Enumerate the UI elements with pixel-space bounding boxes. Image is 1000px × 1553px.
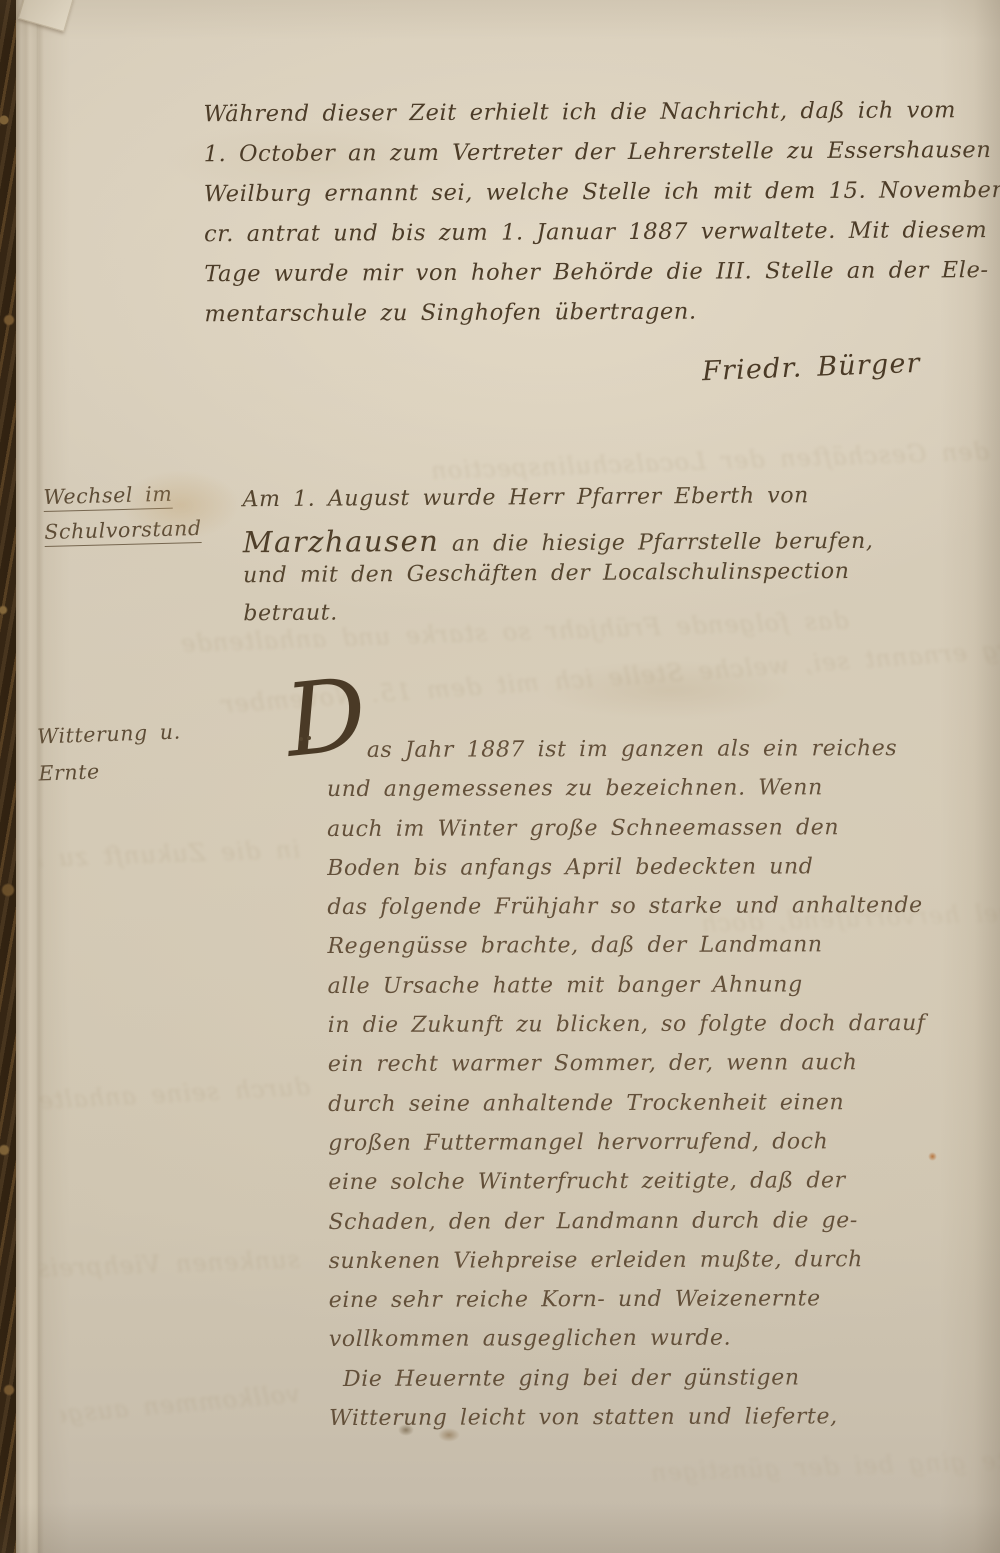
margin-note-schulvorstand: Wechsel im Schulvorstand xyxy=(43,481,202,555)
emphasized-place-name: Marzhausen xyxy=(243,524,440,559)
manuscript-line: mentarschule zu Singhofen übertragen. xyxy=(204,297,1000,341)
margin-note-line: Witterung u. xyxy=(37,720,182,762)
manuscript-line: Witterung leicht von statten und liefert… xyxy=(329,1404,927,1445)
manuscript-line: Weilburg ernannt sei, welche Stelle ich … xyxy=(204,177,1000,221)
manuscript-line: sunkenen Viehpreise erleiden mußte, durc… xyxy=(329,1247,927,1288)
manuscript-line: Tage wurde mir von hoher Behörde die III… xyxy=(204,257,1000,301)
manuscript-line: Boden bis anfangs April bedeckten und xyxy=(327,854,925,895)
manuscript-line: cr. antrat und bis zum 1. Januar 1887 ve… xyxy=(204,217,1000,261)
manuscript-line: eine solche Winterfrucht zeitigte, daß d… xyxy=(328,1168,926,1209)
manuscript-line: eine sehr reiche Korn- und Weizenernte xyxy=(329,1286,927,1327)
manuscript-line: betraut. xyxy=(243,597,874,639)
witterung-ernte-paragraph: as Jahr 1887 ist im ganzen als ein reich… xyxy=(327,736,927,1445)
entry-appointment-paragraph: Während dieser Zeit erhielt ich die Nach… xyxy=(203,97,1000,341)
manuscript-line: ein recht warmer Sommer, der, wenn auch xyxy=(328,1050,926,1091)
margin-note-witterung-ernte: Witterung u. Ernte xyxy=(37,720,183,799)
margin-note-line: Ernte xyxy=(38,756,183,798)
ink-dots xyxy=(299,737,303,741)
manuscript-line: in die Zukunft zu blicken, so folgte doc… xyxy=(328,1011,926,1052)
page-edge-strip xyxy=(16,0,38,1553)
marbled-book-cover-edge xyxy=(0,0,16,1553)
manuscript-line: Während dieser Zeit erhielt ich die Nach… xyxy=(203,97,1000,141)
margin-note-line: Wechsel im xyxy=(43,481,201,520)
manuscript-line: auch im Winter große Schneemassen den xyxy=(327,815,925,856)
manuscript-page-scan: das folgende Frühjahr so starke und anha… xyxy=(0,0,1000,1553)
manuscript-line: Regengüsse brachte, daß der Landmann xyxy=(327,932,925,973)
margin-note-line: Schulvorstand xyxy=(44,516,202,555)
manuscript-line: Schaden, den der Landmann durch die ge- xyxy=(328,1208,926,1249)
manuscript-line: Marzhausen an die hiesige Pfarrstelle be… xyxy=(243,521,874,563)
manuscript-line: 1. October an zum Vertreter der Lehrerst… xyxy=(204,137,1000,181)
manuscript-line: vollkommen ausgeglichen wurde. xyxy=(329,1325,927,1366)
manuscript-line: und angemessenes zu bezeichnen. Wenn xyxy=(327,775,925,816)
manuscript-line: durch seine anhaltende Trockenheit einen xyxy=(328,1090,926,1131)
schulvorstand-paragraph: Am 1. August wurde Herr Pfarrer Eberth v… xyxy=(242,483,874,639)
manuscript-line: as Jahr 1887 ist im ganzen als ein reich… xyxy=(327,736,925,777)
page-crease xyxy=(36,0,44,1553)
manuscript-line: das folgende Frühjahr so starke und anha… xyxy=(327,893,925,934)
manuscript-line: großen Futtermangel hervorrufend, doch xyxy=(328,1129,926,1170)
manuscript-line: Am 1. August wurde Herr Pfarrer Eberth v… xyxy=(242,483,873,525)
manuscript-line: alle Ursache hatte mit banger Ahnung xyxy=(328,972,926,1013)
manuscript-line: und mit den Geschäften der Localschulins… xyxy=(243,559,874,601)
manuscript-line: Die Heuernte ging bei der günstigen xyxy=(329,1365,927,1406)
